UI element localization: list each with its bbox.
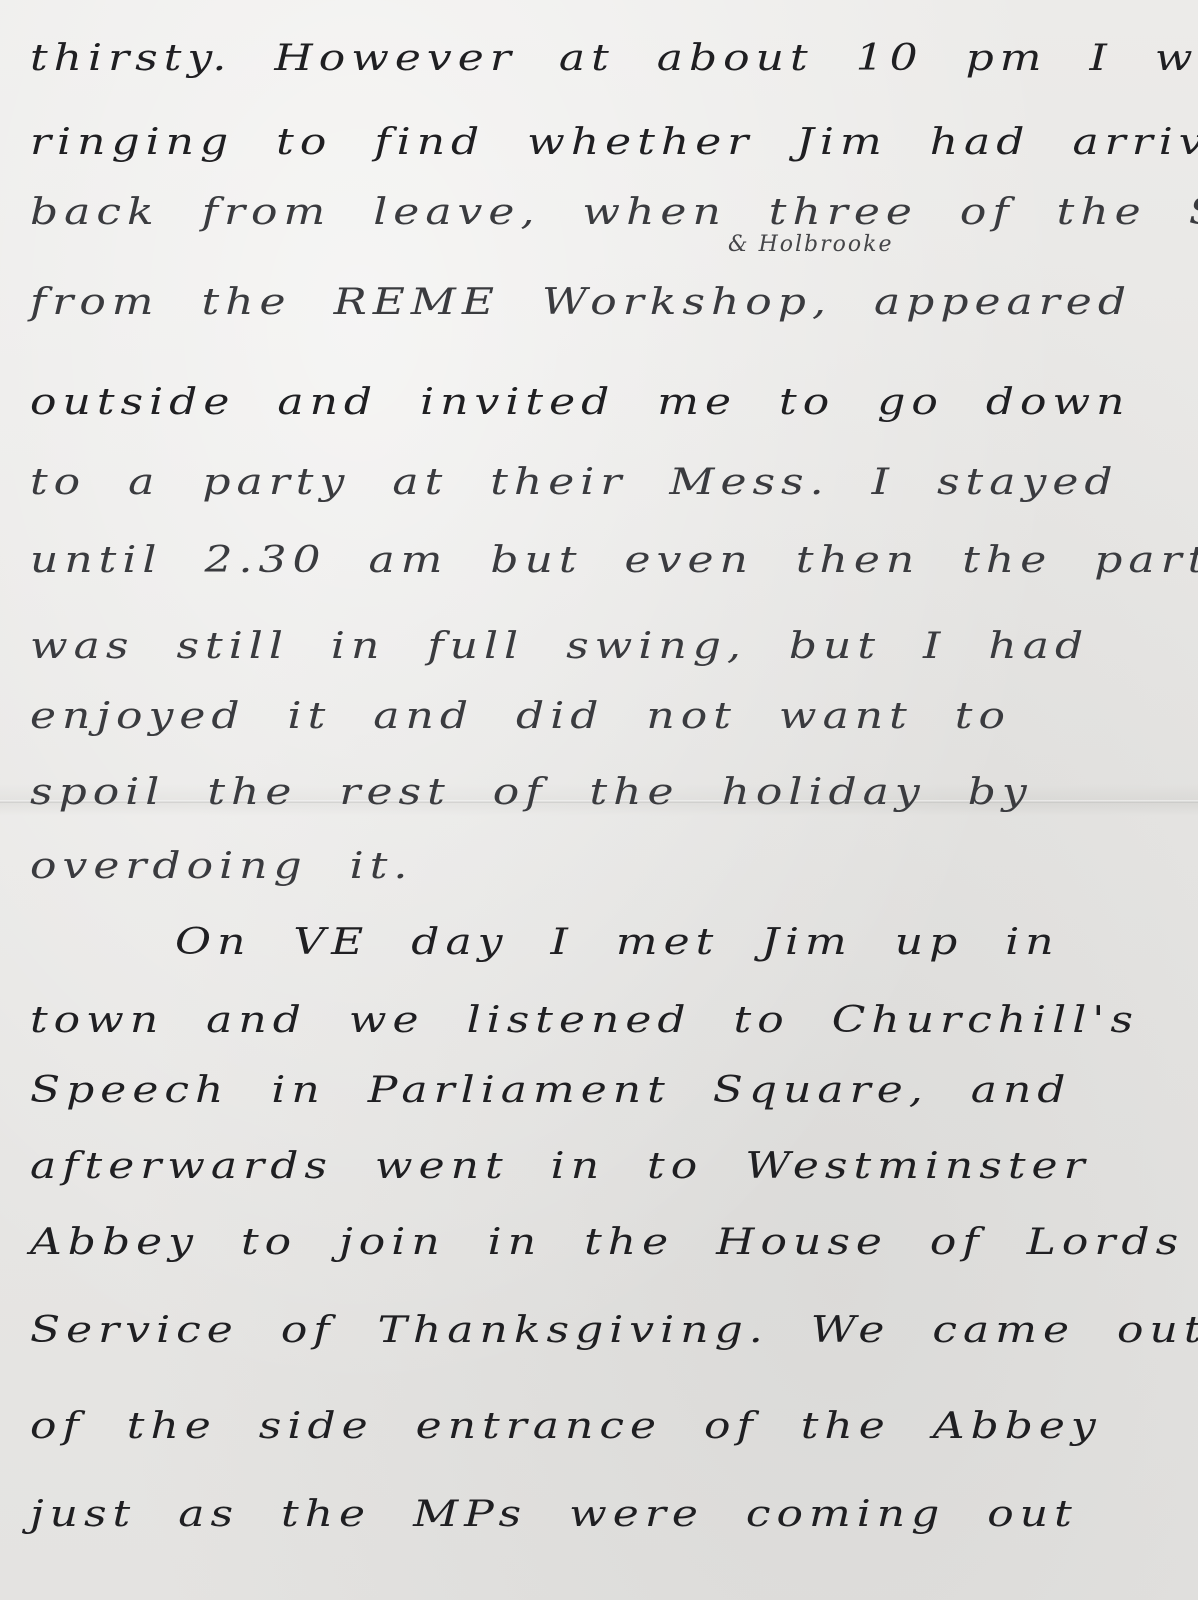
handwritten-letter: & Holbrooke thirsty. However at about 10… (0, 0, 1198, 1600)
letter-line: was still in full swing, but I had (30, 625, 1089, 667)
letter-line: spoil the rest of the holiday by (30, 771, 1033, 813)
letter-line: just as the MPs were coming out (30, 1493, 1078, 1535)
letter-line: town and we listened to Churchill's (30, 999, 1139, 1041)
letter-line: Abbey to join in the House of Lords (30, 1221, 1184, 1263)
letter-line: afterwards went in to Westminster (30, 1145, 1091, 1187)
letter-line: Speech in Parliament Square, and (30, 1069, 1071, 1111)
letter-line: of the side entrance of the Abbey (30, 1405, 1102, 1447)
letter-line: overdoing it. (30, 845, 413, 887)
letter-line: until 2.30 am but even then the party (30, 539, 1198, 581)
interlinear-insertion: & Holbrooke (728, 232, 893, 257)
letter-line: enjoyed it and did not want to (30, 695, 1011, 737)
letter-line: ringing to find whether Jim had arrived (30, 121, 1198, 163)
letter-line: to a party at their Mess. I stayed (30, 461, 1119, 503)
letter-line: from the REME Workshop, appeared (30, 281, 1132, 323)
letter-line: Service of Thanksgiving. We came out (30, 1309, 1198, 1351)
letter-line: outside and invited me to go down (30, 381, 1131, 423)
letter-line: back from leave, when three of the Sgts (30, 191, 1198, 233)
letter-line: thirsty. However at about 10 pm I was (30, 37, 1198, 79)
letter-line-paragraph-start: On VE day I met Jim up in (175, 921, 1060, 963)
